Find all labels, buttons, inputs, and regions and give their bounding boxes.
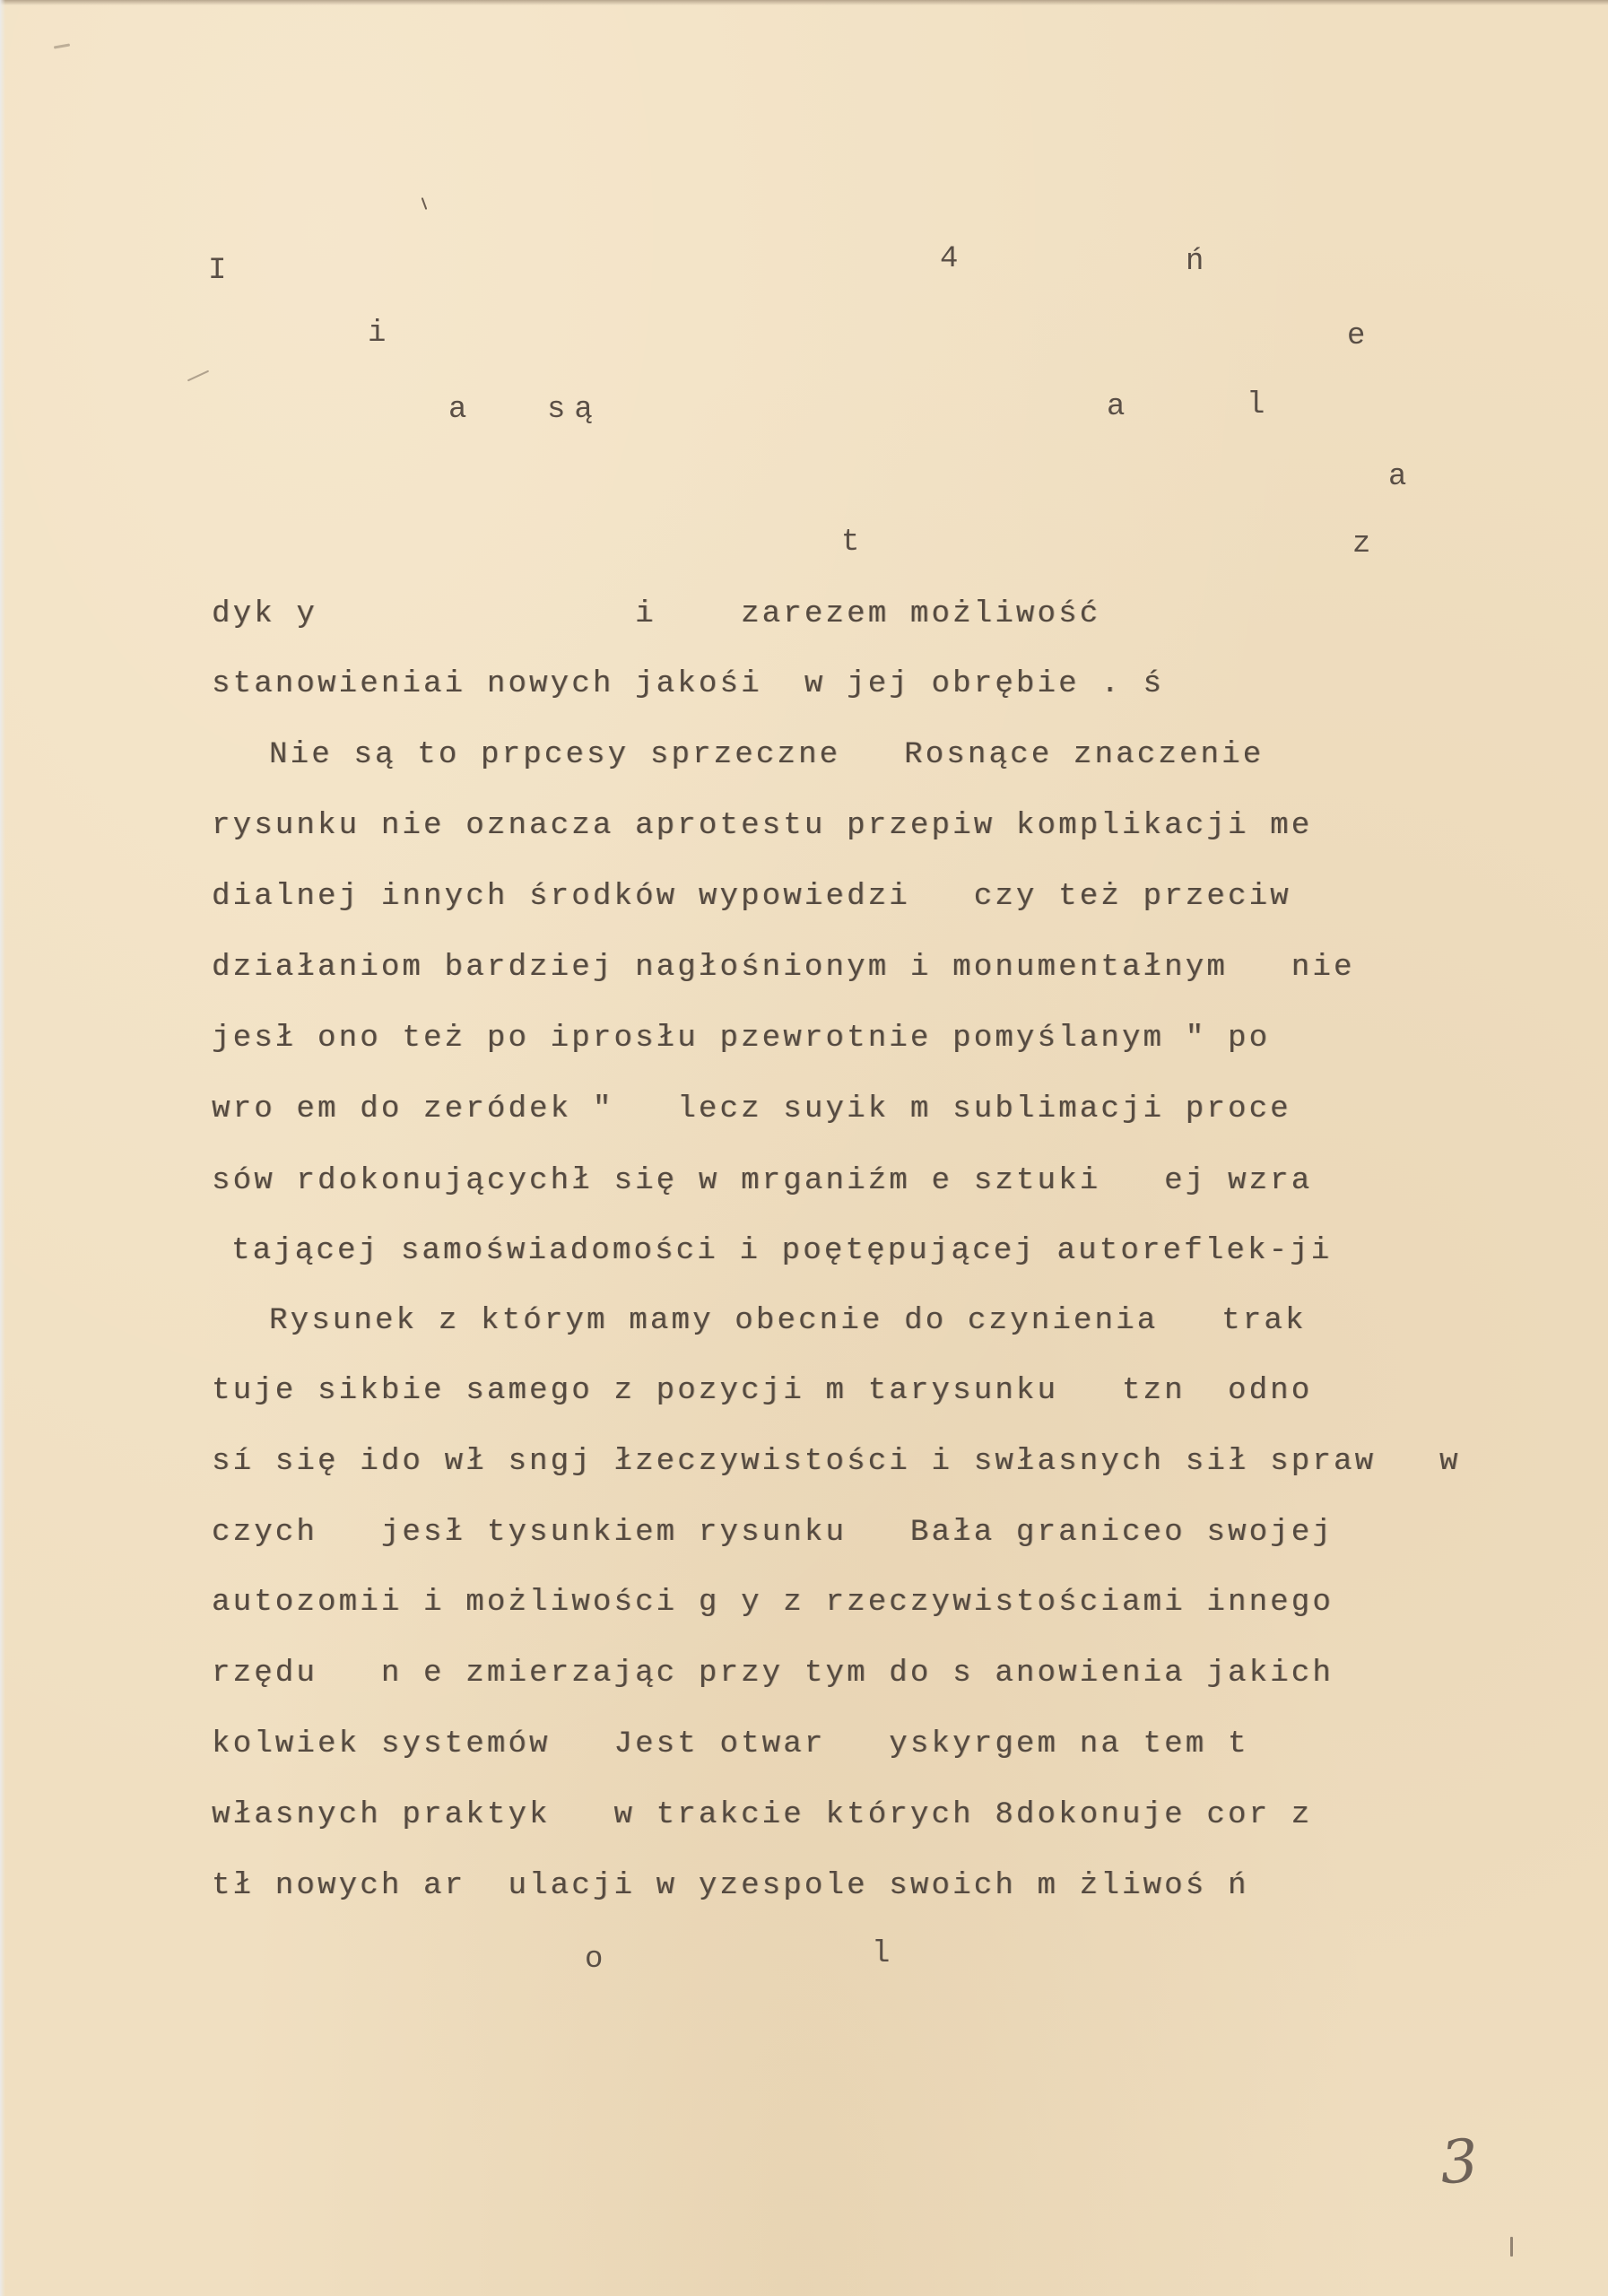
scattered-char: ń — [1186, 247, 1204, 277]
text-line: wro em do zeródek " lecz suyik m sublima… — [212, 1094, 1291, 1125]
scattered-char: I — [208, 256, 226, 286]
paper-mark — [54, 43, 70, 48]
text-line: sów rdokonującychł się w mrganiźm e sztu… — [212, 1166, 1312, 1196]
scattered-char: l — [872, 1939, 890, 1970]
paper-mark — [1510, 2237, 1513, 2257]
paper-left-edge — [0, 0, 5, 2296]
text-line: kolwiek systemów Jest otwar yskyrgem na … — [212, 1729, 1249, 1760]
scattered-char: 4 — [940, 244, 958, 274]
text-line: tającej samoświadomości i poętępującej a… — [231, 1236, 1332, 1266]
text-line: rysunku nie oznacza aprotestu przepiw ko… — [212, 811, 1312, 841]
handwritten-page-number: 3 — [1438, 2126, 1480, 2198]
typewritten-page: I 4 ń i e a są a l a t z dyk y i zarezem… — [0, 0, 1608, 2296]
text-line: tł nowych ar ulacji w yzespole swoich m … — [212, 1871, 1249, 1901]
scattered-char: z — [1352, 529, 1370, 560]
text-line: dyk y i zarezem możliwość — [212, 599, 1100, 630]
scattered-char: l — [1247, 390, 1265, 421]
scattered-char: o — [585, 1944, 603, 1975]
scattered-char: e — [1347, 321, 1365, 352]
text-line: tuje sikbie samego z pozycji m tarysunku… — [212, 1376, 1312, 1406]
text-line: stanowieniai nowych jakośi w jej obrębie… — [212, 669, 1164, 700]
text-line: dialnej innych środków wypowiedzi czy te… — [212, 882, 1291, 912]
text-line: autozomii i możliwości g y z rzeczywisto… — [212, 1587, 1334, 1618]
scattered-char: i — [368, 318, 386, 349]
paper-mark — [422, 197, 428, 210]
text-line: sí się ido wł sngj łzeczywistości i swła… — [212, 1447, 1461, 1477]
text-line: rzędu n e zmierzając przy tym do s anowi… — [212, 1658, 1334, 1689]
scattered-char: t — [841, 527, 859, 558]
paper-top-edge — [0, 0, 1608, 5]
scattered-char: a — [448, 395, 466, 425]
paper-mark — [187, 370, 209, 382]
scattered-char: a — [1388, 462, 1406, 492]
text-line: Rysunek z którym mamy obecnie do czynien… — [269, 1306, 1307, 1336]
text-line: działaniom bardziej nagłośnionym i monum… — [212, 952, 1355, 983]
text-line: jesł ono też po iprosłu pzewrotnie pomyś… — [212, 1023, 1270, 1054]
text-line: własnych praktyk w trakcie których 8doko… — [212, 1800, 1312, 1831]
text-line: czych jesł tysunkiem rysunku Bała granic… — [212, 1518, 1334, 1548]
scattered-char: a — [1107, 392, 1125, 422]
text-line: Nie są to prpcesy sprzeczne Rosnące znac… — [269, 740, 1264, 770]
scattered-char: są — [547, 395, 602, 425]
